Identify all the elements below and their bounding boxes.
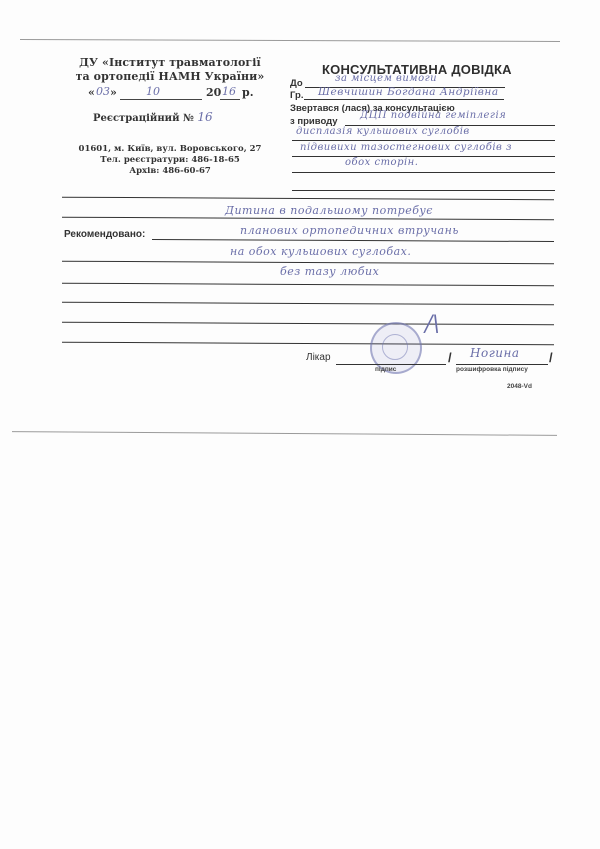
- rec-rule-4: [62, 283, 554, 287]
- institution-header: ДУ «Інститут травматології та ортопедії …: [60, 56, 280, 177]
- signature-caption: підпис: [375, 366, 396, 373]
- date-close-quote: »: [110, 86, 117, 99]
- date-open-quote: «: [88, 86, 95, 99]
- institution-address: 01601, м. Київ, вул. Воровського, 27: [60, 144, 280, 155]
- doctor-signature-mark: /\: [425, 312, 440, 337]
- recommendation-line-1: Дитина в подальшому потребує: [225, 204, 433, 217]
- reason-line-1: ДЦП подвійна геміплегія: [360, 110, 506, 121]
- rec-rule-3: [62, 261, 554, 265]
- recommendation-line-4: без тазу любих: [280, 265, 379, 278]
- slash-right: /: [549, 350, 553, 365]
- rec-rule-1: [62, 217, 554, 221]
- rec-rule-5: [62, 302, 554, 306]
- registration-number: 16: [197, 110, 212, 124]
- reason-line-3: підвивихи тазостегнових суглобів з: [300, 142, 512, 153]
- recommended-label: Рекомендовано:: [64, 229, 145, 240]
- reason-line-4: обох сторін.: [345, 157, 418, 168]
- scanned-page: ДУ «Інститут травматології та ортопедії …: [0, 0, 600, 849]
- rec-rule-6: [62, 322, 554, 326]
- institution-name-line2: та ортопедії НАМН України»: [60, 70, 280, 84]
- to-value: за місцем вимоги: [335, 73, 437, 84]
- signature-decoding-caption: розшифровка підпису: [456, 366, 528, 373]
- reason-line-rule-4: [292, 172, 555, 173]
- recommendation-line-3: на обох кульшових суглобах.: [230, 245, 411, 258]
- registration-row: Реєстраційний № 16: [60, 110, 280, 124]
- reason-line-rule-2: [292, 140, 555, 141]
- to-label: До: [290, 78, 303, 89]
- date-year-prefix: 20: [206, 86, 221, 99]
- form-code: 2048-Vd: [507, 383, 532, 390]
- date-year-suffix: 16: [222, 85, 236, 98]
- reason-line-2: дисплазія кульшових суглобів: [296, 126, 470, 137]
- issue-date: « 03 » 10 20 16 р.: [60, 86, 280, 102]
- signature-name: Ногина: [470, 346, 520, 360]
- date-month: 10: [146, 85, 160, 98]
- signature-line: [336, 364, 446, 365]
- institution-name-line1: ДУ «Інститут травматології: [60, 56, 280, 70]
- rec-rule-2: [152, 239, 554, 242]
- form-top-border: [20, 39, 560, 42]
- rec-rule-0: [62, 197, 554, 201]
- form-bottom-border: [12, 431, 557, 436]
- citizen-label: Гр.: [290, 90, 303, 101]
- signature-decoding-line: [456, 364, 548, 365]
- date-day: 03: [96, 85, 110, 98]
- slash-left: /: [448, 350, 452, 365]
- reason-line-rule-3: [292, 156, 555, 157]
- registration-label: Реєстраційний №: [93, 113, 194, 124]
- rec-rule-7: [62, 342, 554, 346]
- doctor-label: Лікар: [306, 352, 331, 363]
- archive-phone: Архів: 486-60-67: [60, 166, 280, 177]
- date-year-unit: р.: [242, 86, 254, 99]
- institution-contacts: 01601, м. Київ, вул. Воровського, 27 Тел…: [60, 144, 280, 177]
- recommendation-line-2: планових ортопедичних втручань: [240, 224, 459, 237]
- citizen-value: Шевчишин Богдана Андріївна: [318, 86, 499, 98]
- citizen-line: [304, 99, 504, 100]
- reason-line-rule-5: [292, 190, 555, 191]
- reception-phone: Тел. реєстратури: 486-18-65: [60, 155, 280, 166]
